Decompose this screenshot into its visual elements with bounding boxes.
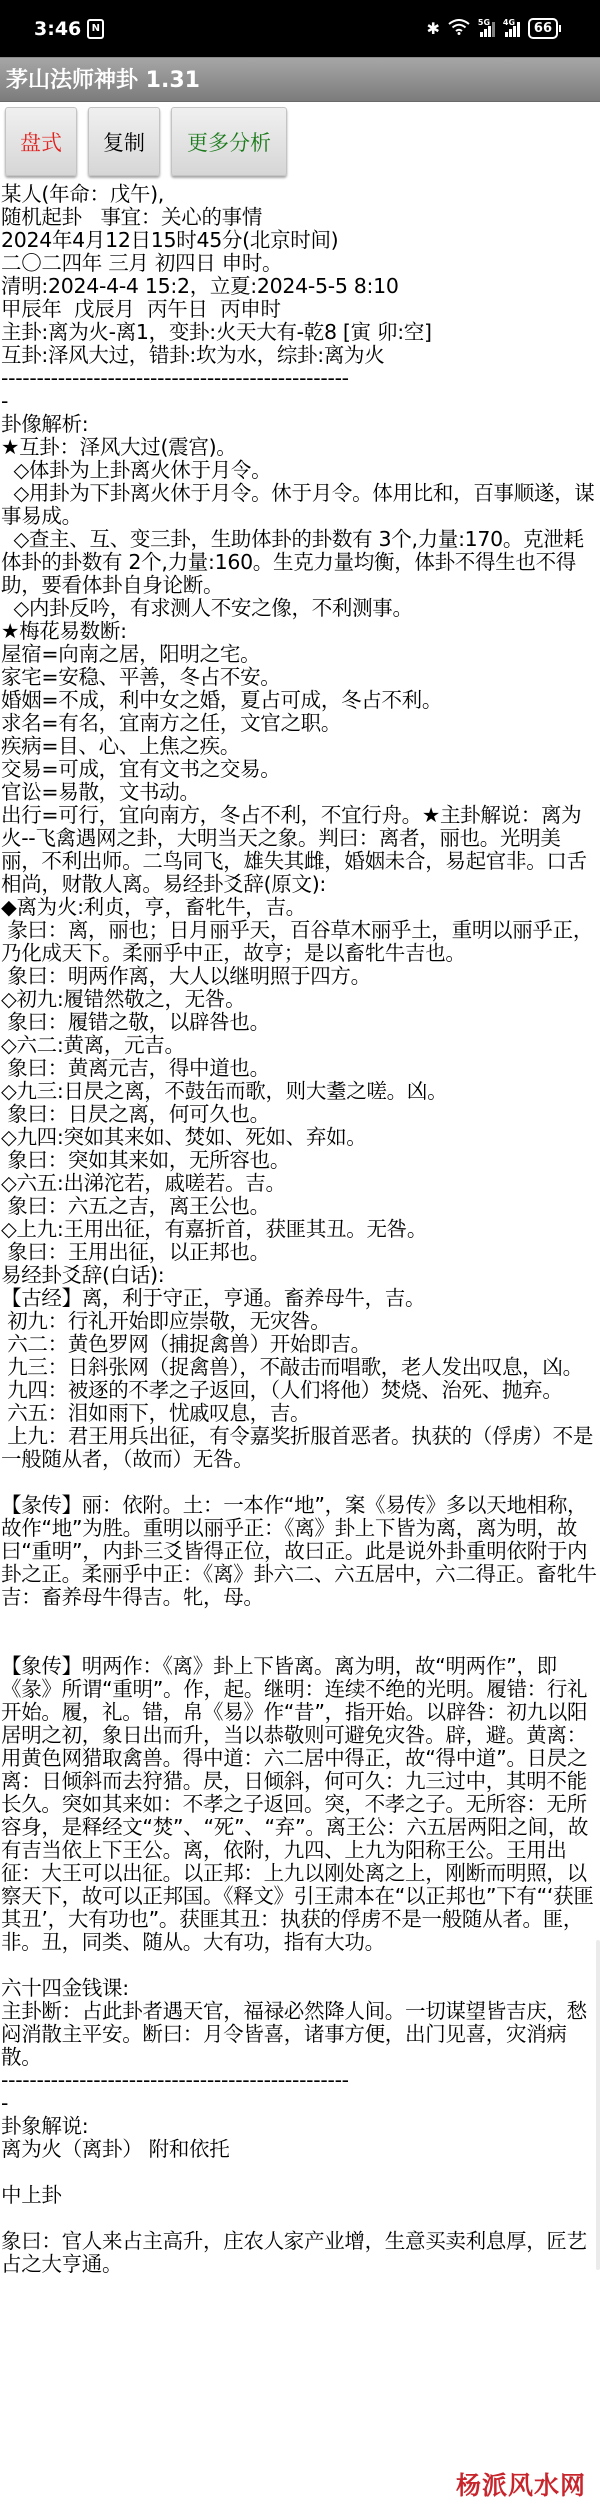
result-line: 官讼=易散，文书动。: [1, 781, 600, 804]
result-line: 上九：君王用兵出征，有令嘉奖折服首恶者。执获的（俘虏）不是一般随从者，（故而）无…: [1, 1425, 600, 1471]
status-bar: 3:46 N ✱ 5G 4G 66: [0, 0, 600, 57]
result-line: 九三：日斜张网（捉禽兽），不敲击而唱歌，老人发出叹息，凶。: [1, 1356, 600, 1379]
result-line: 初九：行礼开始即应崇敬，无灾咎。: [1, 1310, 600, 1333]
result-line: 象曰：明两作离，大人以继明照于四方。: [1, 965, 600, 988]
result-line: ◇九四:突如其来如、焚如、死如、弃如。: [1, 1126, 600, 1149]
result-line: 互卦:泽风大过，错卦:坎为水，综卦:离为火: [1, 344, 600, 367]
result-line: 2024年4月12日15时45分(北京时间): [1, 229, 600, 252]
result-line: ★梅花易数断:: [1, 620, 600, 643]
signal-5g-icon: 5G: [478, 21, 495, 37]
result-line: 象曰：黄离元吉，得中道也。: [1, 1057, 600, 1080]
more-analysis-button[interactable]: 更多分析: [171, 107, 287, 176]
result-line: 彖曰：离，丽也；日月丽乎天，百谷草木丽乎土，重明以丽乎正，乃化成天下。柔丽乎中正…: [1, 919, 600, 965]
result-line: 甲辰年 戊辰月 丙午日 丙申时: [1, 298, 600, 321]
status-left: 3:46 N: [34, 18, 104, 40]
result-line: [1, 1471, 600, 1494]
result-line: 九四：被逐的不孝之子返回，（人们将他）焚烧、治死、抛弃。: [1, 1379, 600, 1402]
result-line: 象曰：六五之吉，离王公也。: [1, 1195, 600, 1218]
result-line: [1, 1954, 600, 1977]
app-title: 茅山法师神卦 1.31: [0, 57, 600, 102]
result-line: ◆离为火:利贞，亨，畜牝牛，吉。: [1, 896, 600, 919]
result-line: 清明:2024-4-4 15:2，立夏:2024-5-5 8:10: [1, 275, 600, 298]
result-line: ◇九三:日昃之离，不鼓缶而歌，则大耋之嗟。凶。: [1, 1080, 600, 1103]
result-line: 求名=有名，宜南方之任，文官之职。: [1, 712, 600, 735]
layout-button[interactable]: 盘式: [5, 107, 77, 176]
scrollbar[interactable]: [596, 1940, 600, 2270]
result-line: 婚姻=不成，利中女之婚，夏占可成，冬占不利。: [1, 689, 600, 712]
bluetooth-icon: ✱: [427, 21, 440, 37]
wifi-icon: [448, 19, 470, 39]
result-line: 【古经】离，利于守正，亨通。畜养母牛，吉。: [1, 1287, 600, 1310]
result-line: ★互卦：泽风大过(震宫)。: [1, 436, 600, 459]
result-line: 离为火（离卦） 附和依托: [1, 2138, 600, 2161]
result-line: [1, 1609, 600, 1632]
result-line: 随机起卦 事宜：关心的事情: [1, 206, 600, 229]
result-line: 象曰：官人来占主高升，庄农人家产业增，生意买卖利息厚，匠艺占之大亨通。: [1, 2230, 600, 2276]
result-line: 易经卦爻辞(白话):: [1, 1264, 600, 1287]
battery-icon: 66: [528, 18, 558, 39]
result-line: ----------------------------------------…: [1, 2069, 600, 2092]
result-line: 主卦断：占此卦者遇天官，福禄必然降人间。一切谋望皆吉庆，愁闷消散主平安。断曰：月…: [1, 2000, 600, 2069]
result-line: 交易=可成，宜有文书之交易。: [1, 758, 600, 781]
result-line: 象曰：履错之敬，以辟咎也。: [1, 1011, 600, 1034]
result-line: 疾病=目、心、上焦之疾。: [1, 735, 600, 758]
result-line: -: [1, 390, 600, 413]
result-line: ----------------------------------------…: [1, 367, 600, 390]
result-line: 象曰：突如其来如，无所容也。: [1, 1149, 600, 1172]
result-line: ◇六二:黄离，元吉。: [1, 1034, 600, 1057]
watermark-logo: 杨派风水网: [456, 2466, 586, 2502]
result-line: 某人(年命：戊午),: [1, 183, 600, 206]
result-line: 卦象解说:: [1, 2115, 600, 2138]
nfc-icon: N: [87, 19, 104, 39]
result-line: ◇体卦为上卦离火休于月令。: [1, 459, 600, 482]
result-line: 家宅=安稳、平善，冬占不安。: [1, 666, 600, 689]
result-line: ◇内卦反吟，有求测人不安之像，不利测事。: [1, 597, 600, 620]
result-line: 【象传】明两作：《离》卦上下皆离。离为明，故“明两作”，即《彖》所谓“重明”。作…: [1, 1655, 600, 1954]
result-line: 屋宿=向南之居，阳明之宅。: [1, 643, 600, 666]
signal-4g-icon: 4G: [503, 21, 520, 37]
result-line: 象曰：王用出征，以正邦也。: [1, 1241, 600, 1264]
toolbar: 盘式 复制 更多分析: [0, 102, 600, 180]
result-line: ◇查主、互、变三卦，生助体卦的卦数有 3个,力量:170。克泄耗体卦的卦数有 2…: [1, 528, 600, 597]
status-right: ✱ 5G 4G 66: [427, 18, 559, 39]
result-line: 六十四金钱课:: [1, 1977, 600, 2000]
result-line: 卦像解析:: [1, 413, 600, 436]
divination-result-text: 某人(年命：戊午),随机起卦 事宜：关心的事情2024年4月12日15时45分(…: [0, 180, 600, 2276]
result-line: ◇六五:出涕沱若，戚嗟若。吉。: [1, 1172, 600, 1195]
clock: 3:46: [34, 18, 81, 40]
result-line: 六二：黄色罗网（捕捉禽兽）开始即吉。: [1, 1333, 600, 1356]
result-line: ◇初九:履错然敬之，无咎。: [1, 988, 600, 1011]
result-line: [1, 2161, 600, 2184]
result-line: [1, 1632, 600, 1655]
result-line: 主卦:离为火-离1，变卦:火天大有-乾8 [寅 卯:空]: [1, 321, 600, 344]
result-line: 象曰：日昃之离，何可久也。: [1, 1103, 600, 1126]
result-line: 【彖传】丽：依附。土：一本作“地”，案《易传》多以天地相称，故作“地”为胜。重明…: [1, 1494, 600, 1609]
result-line: 二〇二四年 三月 初四日 申时。: [1, 252, 600, 275]
result-line: 六五：泪如雨下，忧戚叹息，吉。: [1, 1402, 600, 1425]
result-line: [1, 2207, 600, 2230]
result-line: ◇用卦为下卦离火休于月令。休于月令。体用比和，百事顺遂，谋事易成。: [1, 482, 600, 528]
result-line: ◇上九:王用出征，有嘉折首，获匪其丑。无咎。: [1, 1218, 600, 1241]
copy-button[interactable]: 复制: [88, 107, 160, 176]
result-line: 中上卦: [1, 2184, 600, 2207]
result-line: -: [1, 2092, 600, 2115]
result-line: 出行=可行，宜向南方，冬占不利，不宜行舟。★主卦解说：离为火--飞禽遇网之卦，大…: [1, 804, 600, 896]
